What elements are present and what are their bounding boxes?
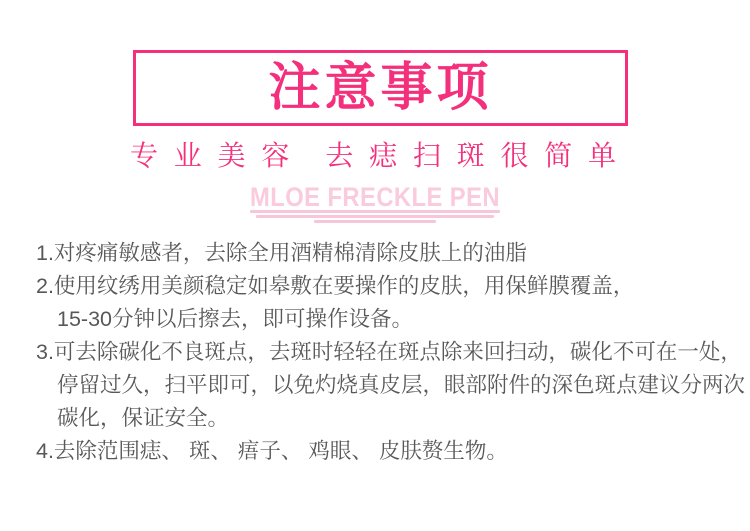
note-line: 3.可去除碳化不良斑点，去斑时轻轻在斑点除来回扫动，碳化不可在一处， <box>36 336 736 369</box>
fine-print <box>0 210 750 223</box>
banner-title: 注意事项 <box>268 62 492 114</box>
fine-print-line <box>256 215 494 218</box>
notes-list: 1.对疼痛敏感者，去除全用酒精棉清除皮肤上的油脂2.使用纹绣用美颜稳定如皋敷在要… <box>36 237 736 468</box>
subtitle: 专 业 美 容 去 痣 扫 斑 很 简 单 <box>0 134 750 174</box>
page: 注意事项 专 业 美 容 去 痣 扫 斑 很 简 单 MLOE FRECKLE … <box>0 0 750 531</box>
note-line: 4.去除范围痣、 斑、 痦子、 鸡眼、 皮肤赘生物。 <box>36 435 736 468</box>
fine-print-line <box>250 210 500 213</box>
fine-print-line <box>314 220 436 223</box>
note-line-continuation: 15-30分钟以后擦去，即可操作设备。 <box>36 303 736 336</box>
brand-watermark-wrap: MLOE FRECKLE PEN <box>0 182 750 213</box>
brand-watermark: MLOE FRECKLE PEN <box>250 182 500 213</box>
note-line-continuation: 碳化，保证安全。 <box>36 402 736 435</box>
notice-banner: 注意事项 <box>133 50 628 126</box>
note-line-continuation: 停留过久，扫平即可，以免灼烧真皮层，眼部附件的深色斑点建议分两次 <box>36 369 736 402</box>
note-line: 1.对疼痛敏感者，去除全用酒精棉清除皮肤上的油脂 <box>36 237 736 270</box>
note-line: 2.使用纹绣用美颜稳定如皋敷在要操作的皮肤，用保鲜膜覆盖， <box>36 270 736 303</box>
